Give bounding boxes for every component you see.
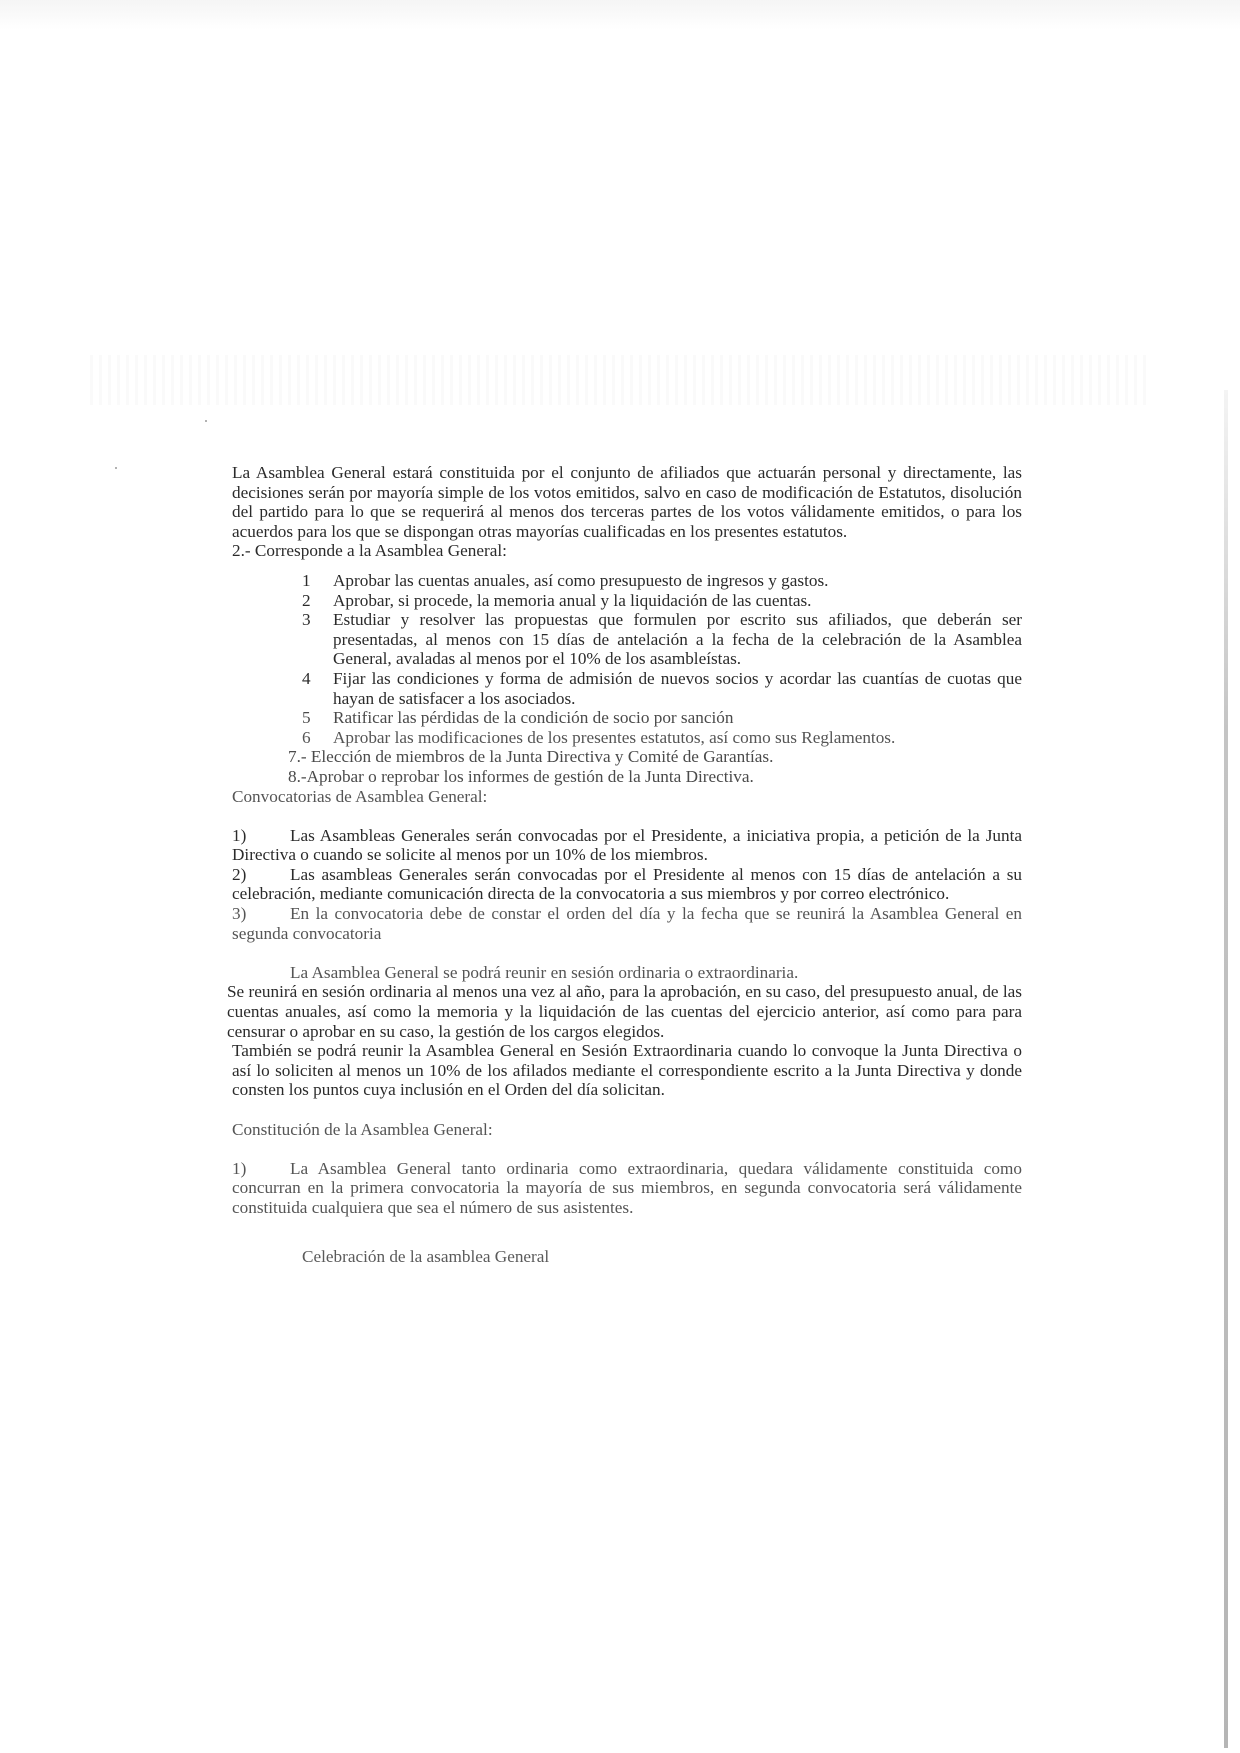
spacer [232,1139,1022,1159]
page-edge-shadow [1224,390,1228,1748]
celebracion-heading: Celebración de la asamblea General [232,1247,1022,1267]
list-item: 6 Aprobar las modificaciones de los pres… [232,728,1022,748]
list-item-number: 3 [302,610,322,630]
competencias-list: 1 Aprobar las cuentas anuales, así como … [232,571,1022,747]
intro-paragraph: La Asamblea General estará constituida p… [232,463,1022,541]
list-item-number: 2 [302,591,322,611]
constitucion-item: 1)La Asamblea General tanto ordinaria co… [232,1159,1022,1218]
list-item: 1 Aprobar las cuentas anuales, así como … [232,571,1022,591]
item-text: La Asamblea General tanto ordinaria como… [232,1159,1022,1217]
item-label: 2) [232,865,290,885]
item-text: En la convocatoria debe de constar el or… [232,904,1022,943]
list-item: 2 Aprobar, si procede, la memoria anual … [232,591,1022,611]
document-page: La Asamblea General estará constituida p… [232,463,1022,1267]
item-label: 3) [232,904,290,924]
scan-speck [205,420,207,422]
section-2-heading: 2.- Corresponde a la Asamblea General: [232,541,1022,561]
sesion-ordinaria-paragraph: Se reunirá en sesión ordinaria al menos … [227,982,1022,1041]
spacer [232,1218,1022,1238]
convocatorias-heading: Convocatorias de Asamblea General: [232,787,1022,807]
spacer [232,943,1022,963]
list-item-number: 5 [302,708,322,728]
item-text: Las Asambleas Generales serán convocadas… [232,826,1022,865]
spacer [232,806,1022,826]
list-item-text: Aprobar las modificaciones de los presen… [333,728,895,747]
competencia-8: 8.-Aprobar o reprobar los informes de ge… [232,767,1022,787]
convocatoria-item: 2)Las asambleas Generales serán convocad… [232,865,1022,904]
constitucion-heading: Constitución de la Asamblea General: [232,1120,1022,1140]
sesion-extraordinaria-paragraph: También se podrá reunir la Asamblea Gene… [232,1041,1022,1100]
item-text: Las asambleas Generales serán convocadas… [232,865,1022,904]
scan-artifact-top [0,0,1240,30]
item-label: 1) [232,1159,290,1179]
spacer [232,561,1022,571]
list-item-text: Estudiar y resolver las propuestas que f… [333,610,1022,668]
spacer [232,1237,1022,1247]
list-item-number: 6 [302,728,322,748]
competencia-7: 7.- Elección de miembros de la Junta Dir… [232,747,1022,767]
list-item-number: 4 [302,669,322,689]
list-item-text: Aprobar, si procede, la memoria anual y … [333,591,811,610]
item-label: 1) [232,826,290,846]
list-item: 4 Fijar las condiciones y forma de admis… [232,669,1022,708]
scan-noise-band [90,355,1150,405]
convocatoria-item: 1)Las Asambleas Generales serán convocad… [232,826,1022,865]
list-item-text: Aprobar las cuentas anuales, así como pr… [333,571,828,590]
list-item-text: Fijar las condiciones y forma de admisió… [333,669,1022,708]
spacer [232,1100,1022,1120]
list-item: 5 Ratificar las pérdidas de la condición… [232,708,1022,728]
list-item-number: 1 [302,571,322,591]
convocatoria-item: 3)En la convocatoria debe de constar el … [232,904,1022,943]
list-item: 3 Estudiar y resolver las propuestas que… [232,610,1022,669]
list-item-text: Ratificar las pérdidas de la condición d… [333,708,733,727]
sesiones-intro: La Asamblea General se podrá reunir en s… [232,963,1022,983]
scan-speck [115,467,117,469]
